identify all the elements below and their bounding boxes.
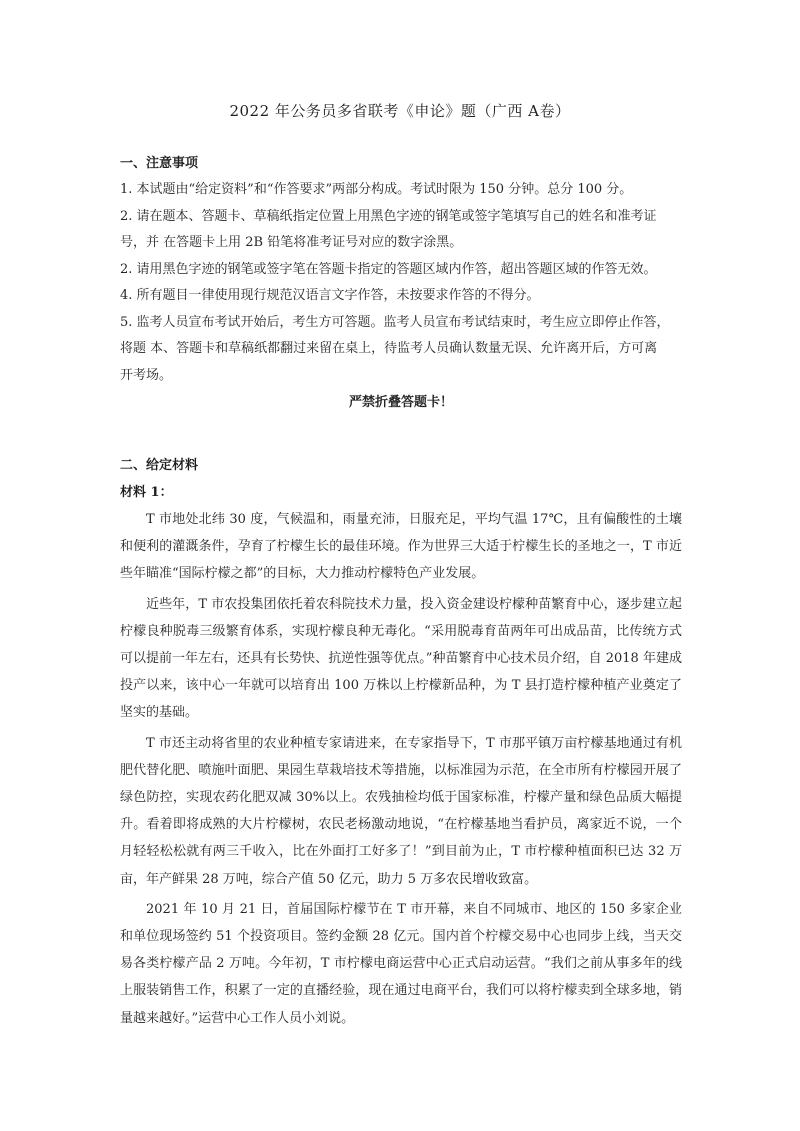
- note-line: 1. 本试题由“给定资料”和“作答要求”两部分构成。考试时限为 150 分钟。总…: [120, 177, 682, 204]
- note-line: 号，并 在答题卡上用 2B 铅笔将准考证号对应的数字涂黑。: [120, 230, 682, 257]
- document-page: 2022 年公务员多省联考《申论》题（广西 A卷） 一、注意事项 1. 本试题由…: [0, 0, 800, 1131]
- note-line: 2. 请在题本、答题卡、草稿纸指定位置上用黑色字迹的钢笔或签字笔填写自己的姓名和…: [120, 204, 682, 231]
- notes-heading: 一、注意事项: [120, 150, 682, 177]
- material-paragraph: T 市地处北纬 30 度，气候温和，雨量充沛，日服充足，平均气温 17℃，且有偏…: [120, 506, 682, 588]
- note-line: 将题 本、答题卡和草稿纸都翻过来留在桌上，待监考人员确认数量无误、允许离开后，方…: [120, 336, 682, 363]
- material-paragraph: 2021 年 10 月 21 日，首届国际柠檬节在 T 市开幕，来自不同城市、地…: [120, 896, 682, 1032]
- note-line: 2. 请用黑色字迹的钢笔或签字笔在答题卡指定的答题区域内作答，超出答题区域的作答…: [120, 257, 682, 284]
- warning-text: 严禁折叠答题卡！: [120, 389, 682, 416]
- notes-section: 一、注意事项 1. 本试题由“给定资料”和“作答要求”两部分构成。考试时限为 1…: [120, 150, 682, 416]
- material-label: 材料 1：: [120, 479, 682, 506]
- document-title: 2022 年公务员多省联考《申论》题（广西 A卷）: [0, 100, 800, 121]
- note-line: 开考场。: [120, 363, 682, 390]
- materials-section: 二、给定材料 材料 1： T 市地处北纬 30 度，气候温和，雨量充沛，日服充足…: [120, 452, 682, 1035]
- note-line: 5. 监考人员宣布考试开始后，考生方可答题。监考人员宣布考试结束时，考生应立即停…: [120, 310, 682, 337]
- material-paragraph: T 市还主动将省里的农业种植专家请进来，在专家指导下，T 市那平镇万亩柠檬基地通…: [120, 730, 682, 893]
- material-paragraph: 近些年，T 市农投集团依托着农科院技术力量，投入资金建设柠檬种苗繁育中心，逐步建…: [120, 591, 682, 727]
- note-line: 4. 所有题目一律使用现行规范汉语言文字作答，未按要求作答的不得分。: [120, 283, 682, 310]
- materials-heading: 二、给定材料: [120, 452, 682, 479]
